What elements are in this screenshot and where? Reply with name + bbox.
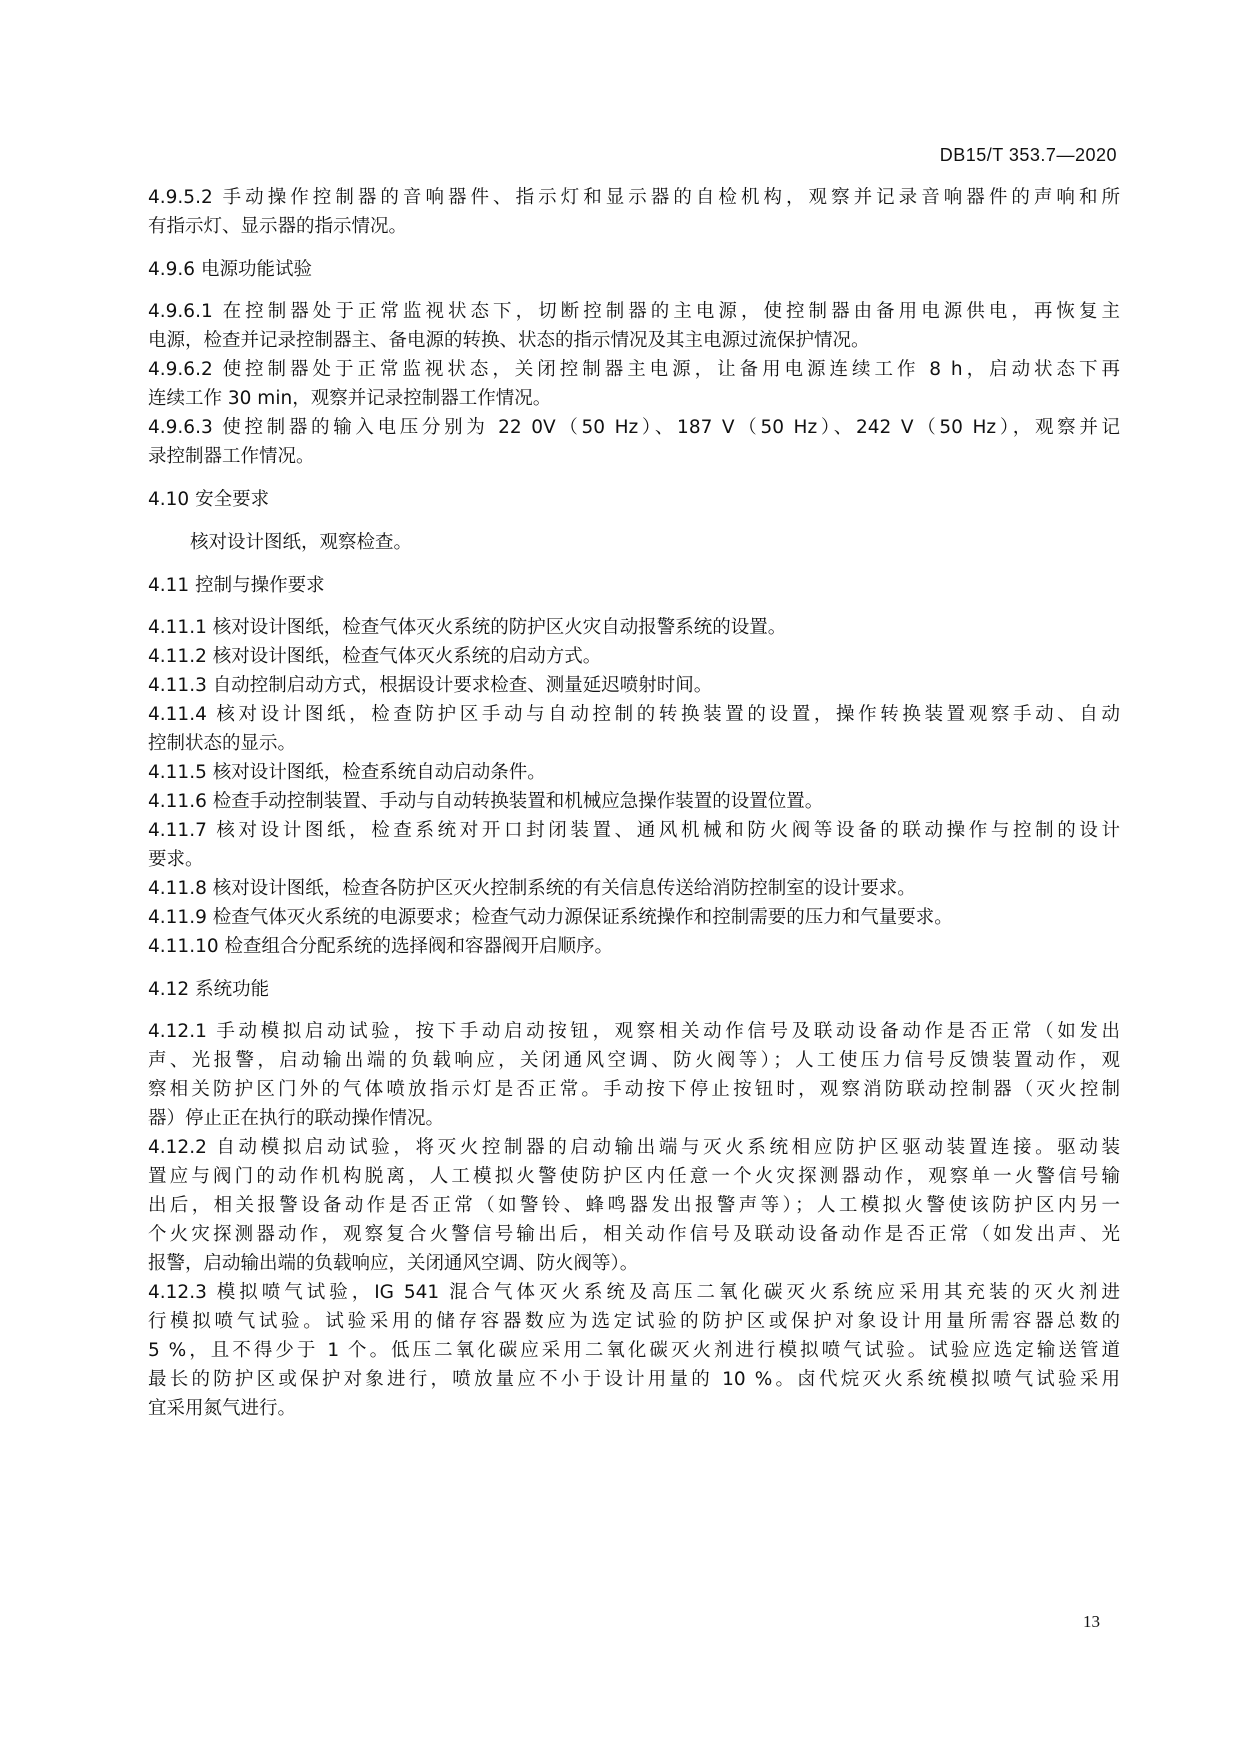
- paragraph-line: 4.9.6.1 在控制器处于正常监视状态下，切断控制器的主电源，使控制器由备用电…: [148, 297, 1120, 326]
- section-heading-4-11: 4.11 控制与操作要求: [148, 571, 325, 600]
- paragraph-line: 控制状态的显示。: [148, 729, 1120, 758]
- section-heading-4-9-6: 4.9.6 电源功能试验: [148, 255, 312, 284]
- paragraph-line: 4.11.6 检查手动控制装置、手动与自动转换装置和机械应急操作装置的设置位置。: [148, 787, 1120, 816]
- paragraph-line: 置应与阀门的动作机构脱离，人工模拟火警使防护区内任意一个火灾探测器动作，观察单一…: [148, 1162, 1120, 1191]
- paragraph-line: 4.11.7 核对设计图纸，检查系统对开口封闭装置、通风机械和防火阀等设备的联动…: [148, 816, 1120, 845]
- section-heading-4-12: 4.12 系统功能: [148, 975, 269, 1004]
- paragraph-line: 最长的防护区或保护对象进行，喷放量应不小于设计用量的 10 %。卤代烷灭火系统模…: [148, 1365, 1120, 1394]
- paragraph-line: 个火灾探测器动作，观察复合火警信号输出后，相关动作信号及联动设备动作是否正常（如…: [148, 1220, 1120, 1249]
- paragraph-line: 有指示灯、显示器的指示情况。: [148, 212, 1120, 241]
- page-number: 13: [1083, 1612, 1100, 1632]
- paragraph-line: 4.12.1 手动模拟启动试验，按下手动启动按钮，观察相关动作信号及联动设备动作…: [148, 1017, 1120, 1046]
- paragraph-line: 声、光报警，启动输出端的负载响应，关闭通风空调、防火阀等）；人工使压力信号反馈装…: [148, 1046, 1120, 1075]
- paragraph-line: 5 %，且不得少于 1 个。低压二氧化碳应采用二氧化碳灭火剂进行模拟喷气试验。试…: [148, 1336, 1120, 1365]
- paragraph-line: 4.11.9 检查气体灭火系统的电源要求；检查气动力源保证系统操作和控制需要的压…: [148, 903, 1120, 932]
- section-heading-4-10: 4.10 安全要求: [148, 485, 269, 514]
- paragraph-line: 4.11.1 核对设计图纸，检查气体灭火系统的防护区火灾自动报警系统的设置。: [148, 613, 1120, 642]
- paragraph-line: 4.11.3 自动控制启动方式，根据设计要求检查、测量延迟喷射时间。: [148, 671, 1120, 700]
- paragraph-line: 行模拟喷气试验。试验采用的储存容器数应为选定试验的防护区或保护对象设计用量所需容…: [148, 1307, 1120, 1336]
- paragraph-line: 察相关防护区门外的气体喷放指示灯是否正常。手动按下停止按钮时，观察消防联动控制器…: [148, 1075, 1120, 1104]
- standard-code-header: DB15/T 353.7—2020: [940, 145, 1117, 166]
- paragraph-line: 核对设计图纸，观察检查。: [190, 528, 1162, 557]
- paragraph-line: 连续工作 30 min，观察并记录控制器工作情况。: [148, 384, 1120, 413]
- paragraph-line: 宜采用氮气进行。: [148, 1394, 1120, 1423]
- paragraph-line: 要求。: [148, 845, 1120, 874]
- paragraph-line: 4.11.5 核对设计图纸，检查系统自动启动条件。: [148, 758, 1120, 787]
- paragraph-line: 录控制器工作情况。: [148, 442, 1120, 471]
- paragraph-line: 出后，相关报警设备动作是否正常（如警铃、蜂鸣器发出报警声等）；人工模拟火警使该防…: [148, 1191, 1120, 1220]
- paragraph-line: 4.11.10 检查组合分配系统的选择阀和容器阀开启顺序。: [148, 932, 1120, 961]
- paragraph-line: 4.9.6.2 使控制器处于正常监视状态，关闭控制器主电源，让备用电源连续工作 …: [148, 355, 1120, 384]
- paragraph-line: 电源，检查并记录控制器主、备电源的转换、状态的指示情况及其主电源过流保护情况。: [148, 326, 1120, 355]
- paragraph-line: 4.12.2 自动模拟启动试验，将灭火控制器的启动输出端与灭火系统相应防护区驱动…: [148, 1133, 1120, 1162]
- paragraph-line: 报警，启动输出端的负载响应，关闭通风空调、防火阀等）。: [148, 1249, 1120, 1278]
- document-page: DB15/T 353.7—2020 4.9.5.2 手动操作控制器的音响器件、指…: [0, 0, 1241, 1755]
- paragraph-line: 器）停止正在执行的联动操作情况。: [148, 1104, 1120, 1133]
- paragraph-line: 4.9.6.3 使控制器的输入电压分别为 22 0V（50 Hz）、187 V（…: [148, 413, 1120, 442]
- paragraph-line: 4.12.3 模拟喷气试验，IG 541 混合气体灭火系统及高压二氧化碳灭火系统…: [148, 1278, 1120, 1307]
- paragraph-line: 4.11.8 核对设计图纸，检查各防护区灭火控制系统的有关信息传送给消防控制室的…: [148, 874, 1120, 903]
- paragraph-line: 4.9.5.2 手动操作控制器的音响器件、指示灯和显示器的自检机构，观察并记录音…: [148, 183, 1120, 212]
- paragraph-line: 4.11.2 核对设计图纸，检查气体灭火系统的启动方式。: [148, 642, 1120, 671]
- paragraph-line: 4.11.4 核对设计图纸，检查防护区手动与自动控制的转换装置的设置，操作转换装…: [148, 700, 1120, 729]
